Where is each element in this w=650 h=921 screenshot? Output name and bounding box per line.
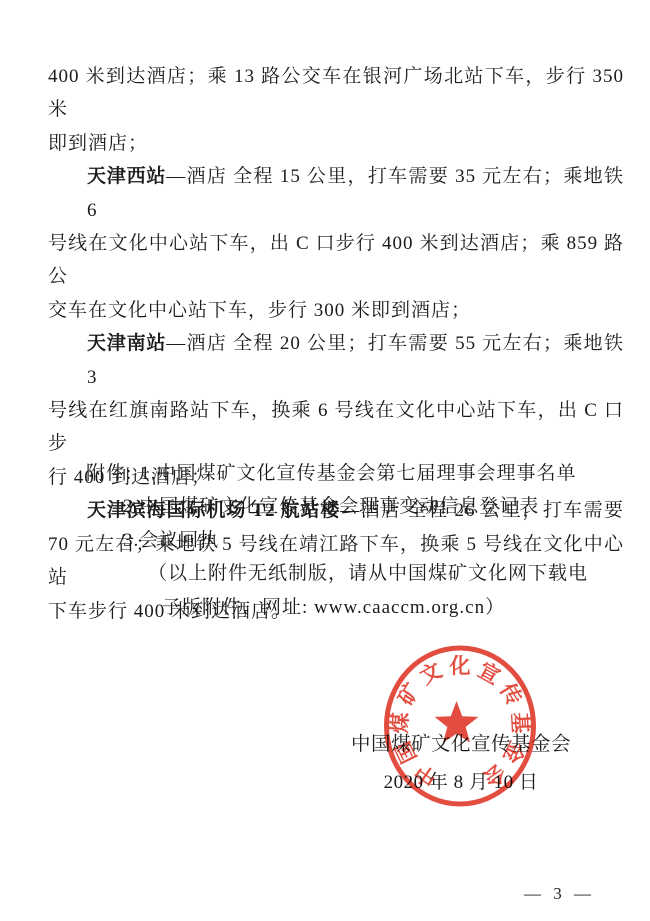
text-line: 400 米到达酒店；乘 13 路公交车在银河广场北站下车，步行 350 米: [48, 60, 624, 127]
attachments-note: 子版附件，网址: www.caaccm.org.cn）: [86, 591, 606, 624]
line-text: 即到酒店；: [48, 133, 148, 154]
attachment-item: 附件: 1.中国煤矿文化宣传基金会第七届理事会理事名单: [86, 457, 606, 490]
svg-text:文: 文: [416, 658, 446, 689]
line-text: —酒店 全程 20 公里；打车需要 55 元左右；乘地铁 3: [87, 333, 624, 387]
svg-text:矿: 矿: [393, 679, 424, 710]
document-page: 400 米到达酒店；乘 13 路公交车在银河广场北站下车，步行 350 米 即到…: [0, 0, 650, 921]
attachment-item: 3.会议回执: [86, 524, 606, 557]
text-line: 号线在文化中心站下车，出 C 口步行 400 米到达酒店；乘 859 路公: [48, 227, 624, 294]
attachment-item-text: 1.中国煤矿文化宣传基金会第七届理事会理事名单: [140, 457, 576, 490]
text-line: 天津南站—酒店 全程 20 公里；打车需要 55 元左右；乘地铁 3: [48, 327, 624, 394]
line-text: 号线在红旗南路站下车，换乘 6 号线在文化中心站下车，出 C 口步: [48, 400, 624, 454]
line-text: 号线在文化中心站下车，出 C 口步行 400 米到达酒店；乘 859 路公: [48, 233, 624, 287]
svg-text:宣: 宣: [474, 658, 504, 689]
station-name: 天津西站: [87, 166, 166, 187]
line-text: 400 米到达酒店；乘 13 路公交车在银河广场北站下车，步行 350 米: [48, 66, 624, 120]
attachments-section: 附件: 1.中国煤矿文化宣传基金会第七届理事会理事名单 2.中国煤矿文化宣传基金…: [86, 457, 606, 624]
text-line: 即到酒店；: [48, 127, 624, 160]
signature-block: 中国煤矿文化宣传基金会 2020 年 8 月 10 日: [300, 727, 622, 801]
svg-text:传: 传: [495, 678, 527, 709]
text-line: 号线在红旗南路站下车，换乘 6 号线在文化中心站下车，出 C 口步: [48, 394, 624, 461]
attachments-label: 附件:: [86, 457, 132, 490]
line-text: 交车在文化中心站下车，步行 300 米即到酒店；: [48, 300, 471, 321]
page-number: — 3 —: [524, 884, 595, 904]
svg-text:化: 化: [449, 654, 471, 678]
text-line: 天津西站—酒店 全程 15 公里，打车需要 35 元左右；乘地铁 6: [48, 160, 624, 227]
attachment-item: 2.中国煤矿文化宣传基金会理事变动信息登记表: [86, 490, 606, 523]
text-line: 交车在文化中心站下车，步行 300 米即到酒店；: [48, 294, 624, 327]
signature-date: 2020 年 8 月 10 日: [300, 765, 622, 801]
signature-org: 中国煤矿文化宣传基金会: [300, 727, 622, 763]
attachments-note: （以上附件无纸制版，请从中国煤矿文化网下载电: [86, 557, 606, 590]
station-name: 天津南站: [87, 333, 166, 354]
line-text: —酒店 全程 15 公里，打车需要 35 元左右；乘地铁 6: [87, 166, 624, 220]
